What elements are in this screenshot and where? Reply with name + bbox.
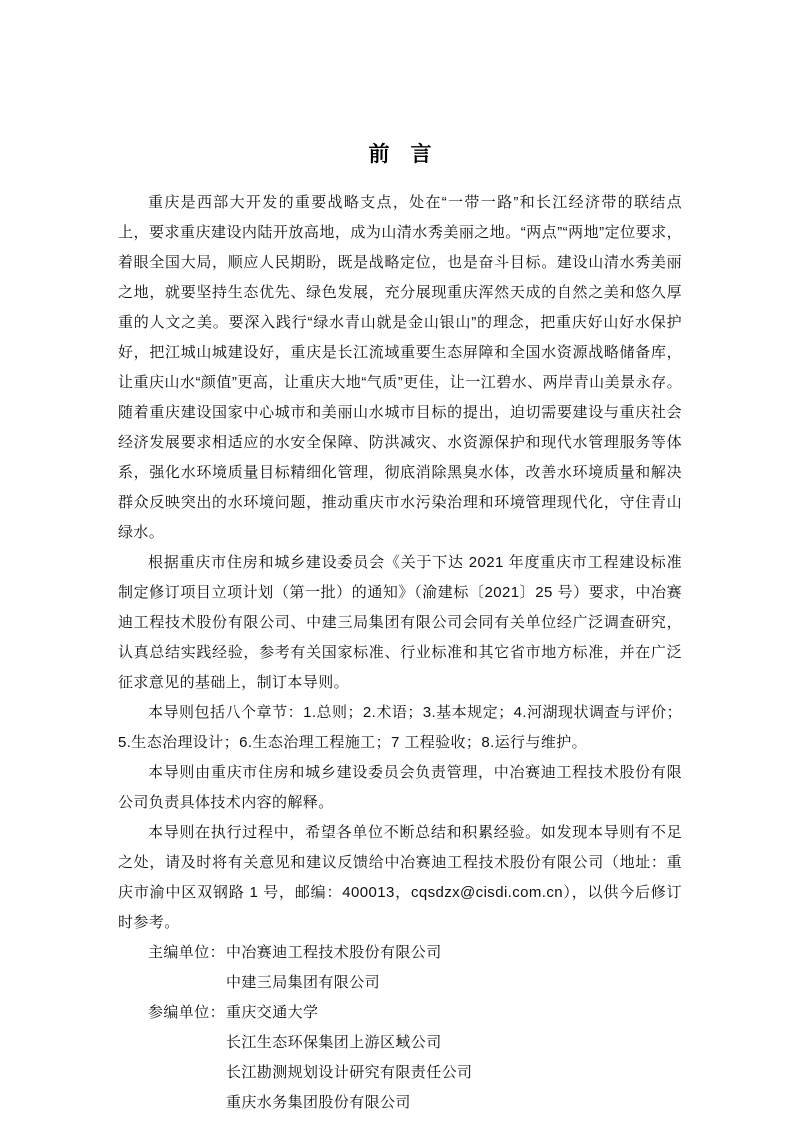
paragraph-intro: 重庆是西部大开发的重要战略支点，处在“一带一路”和长江经济带的联结点上，要求重庆… bbox=[118, 188, 682, 548]
paragraph-management: 本导则由重庆市住房和城乡建设委员会负责管理，中冶赛迪工程技术股份有限公司负责具体… bbox=[118, 758, 682, 818]
page-number: i bbox=[0, 1030, 800, 1050]
participating-editor-label: 参编单位： bbox=[148, 998, 226, 1028]
paragraph-basis: 根据重庆市住房和城乡建设委员会《关于下达 2021 年度重庆市工程建设标准制定修… bbox=[118, 548, 682, 698]
editor-unit: 长江勘测规划设计研究有限责任公司 bbox=[226, 1064, 472, 1081]
paragraph-chapters: 本导则包括八个章节：1.总则；2.术语；3.基本规定；4.河湖现状调查与评价；5… bbox=[118, 698, 682, 758]
editor-unit: 中建三局集团有限公司 bbox=[226, 974, 380, 991]
editor-row: 主编单位：中冶赛迪工程技术股份有限公司 bbox=[118, 938, 682, 968]
editor-units-block: 主编单位：中冶赛迪工程技术股份有限公司 中建三局集团有限公司 参编单位：重庆交通… bbox=[118, 938, 682, 1118]
chief-editor-label: 主编单位： bbox=[148, 938, 226, 968]
editor-unit: 重庆水务集团股份有限公司 bbox=[226, 1094, 411, 1111]
page-title: 前 言 bbox=[118, 140, 682, 170]
editor-row: 重庆水务集团股份有限公司 bbox=[118, 1088, 682, 1118]
document-page: 前 言 重庆是西部大开发的重要战略支点，处在“一带一路”和长江经济带的联结点上，… bbox=[0, 0, 800, 1132]
editor-row: 长江勘测规划设计研究有限责任公司 bbox=[118, 1058, 682, 1088]
editor-row: 参编单位：重庆交通大学 bbox=[118, 998, 682, 1028]
editor-row: 中建三局集团有限公司 bbox=[118, 968, 682, 998]
editor-unit: 重庆交通大学 bbox=[226, 1004, 318, 1021]
paragraph-feedback: 本导则在执行过程中，希望各单位不断总结和积累经验。如发现本导则有不足之处，请及时… bbox=[118, 818, 682, 938]
page-content: 前 言 重庆是西部大开发的重要战略支点，处在“一带一路”和长江经济带的联结点上，… bbox=[118, 140, 682, 1118]
editor-unit: 中冶赛迪工程技术股份有限公司 bbox=[226, 944, 442, 961]
